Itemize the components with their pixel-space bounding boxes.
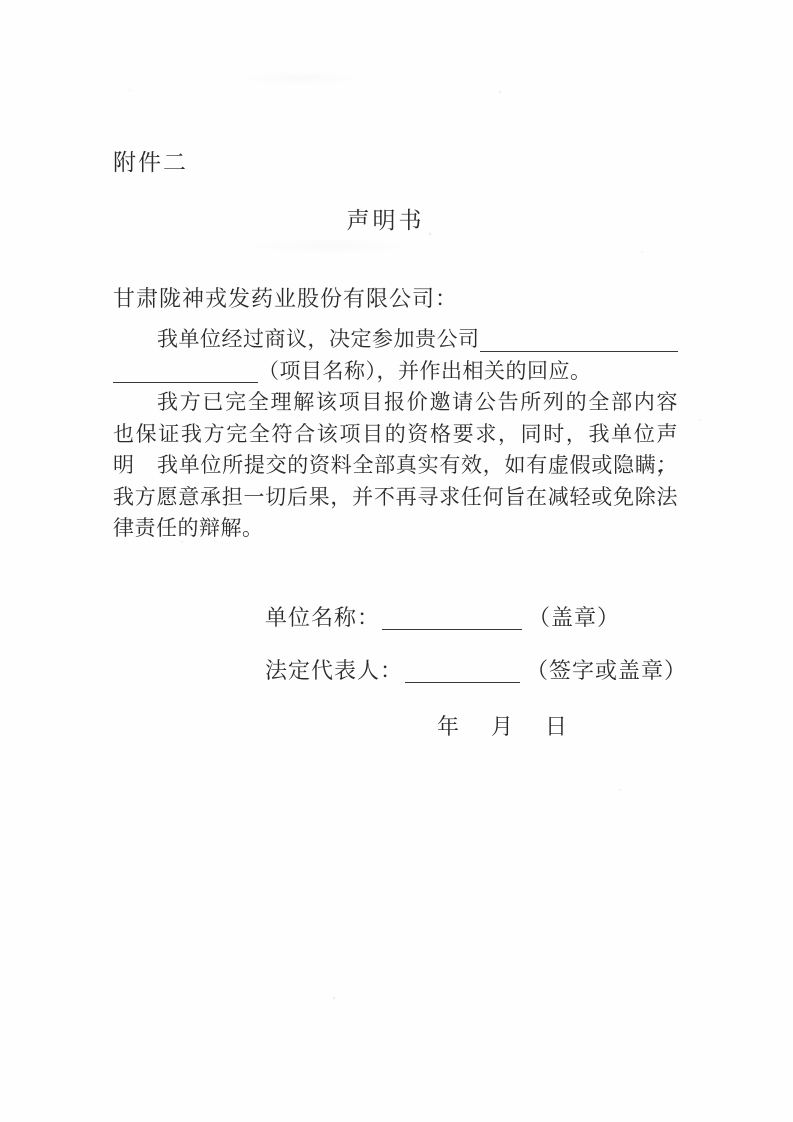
project-name-blank-underline-continued — [113, 382, 258, 383]
document-body: 我单位经过商议，决定参加贵公司 （项目名称），并作出相关的回应。 我方已完全理解… — [113, 324, 678, 545]
unit-name-row: 单位名称： （盖章） — [265, 603, 620, 633]
body-line-2-text: （项目名称），并作出相关的回应。 — [258, 356, 592, 388]
month-label: 月 — [491, 712, 513, 742]
document-page: 附件二 声明书 甘肃陇神戎发药业股份有限公司： 我单位经过商议，决定参加贵公司 … — [0, 0, 793, 1122]
body-line-6: 我方愿意承担一切后果，并不再寻求任何旨在减轻或免除法 — [113, 482, 678, 514]
seal-note: （盖章） — [528, 603, 620, 633]
body-line-3: 我方已完全理解该项目报价邀请公告所列的全部内容 — [113, 387, 678, 419]
project-name-blank-underline — [480, 351, 679, 352]
salutation-line: 甘肃陇神戎发药业股份有限公司： — [113, 282, 458, 313]
attachment-label: 附件二 — [113, 144, 188, 177]
year-label: 年 — [437, 712, 459, 742]
document-title: 声明书 — [113, 202, 658, 235]
legal-representative-row: 法定代表人： （签字或盖章） — [265, 656, 687, 686]
day-label: 日 — [545, 712, 567, 742]
body-line-1: 我单位经过商议，决定参加贵公司 — [113, 324, 678, 356]
body-line-5: 我单位所提交的资料全部真实有效，如有虚假或隐瞒， — [113, 450, 678, 482]
unit-name-blank-underline — [382, 629, 522, 630]
legal-representative-blank-underline — [405, 682, 520, 683]
body-line-7: 律责任的辩解。 — [113, 513, 678, 545]
body-line-4: 也保证我方完全符合该项目的资格要求，同时，我单位声明： — [113, 419, 678, 451]
sign-or-seal-note: （签字或盖章） — [526, 656, 687, 686]
unit-name-label: 单位名称： — [265, 603, 380, 633]
body-line-1-text: 我单位经过商议，决定参加贵公司 — [157, 324, 480, 356]
legal-representative-label: 法定代表人： — [265, 656, 403, 686]
date-line: 年 月 日 — [437, 712, 567, 742]
body-line-2: （项目名称），并作出相关的回应。 — [113, 356, 678, 388]
